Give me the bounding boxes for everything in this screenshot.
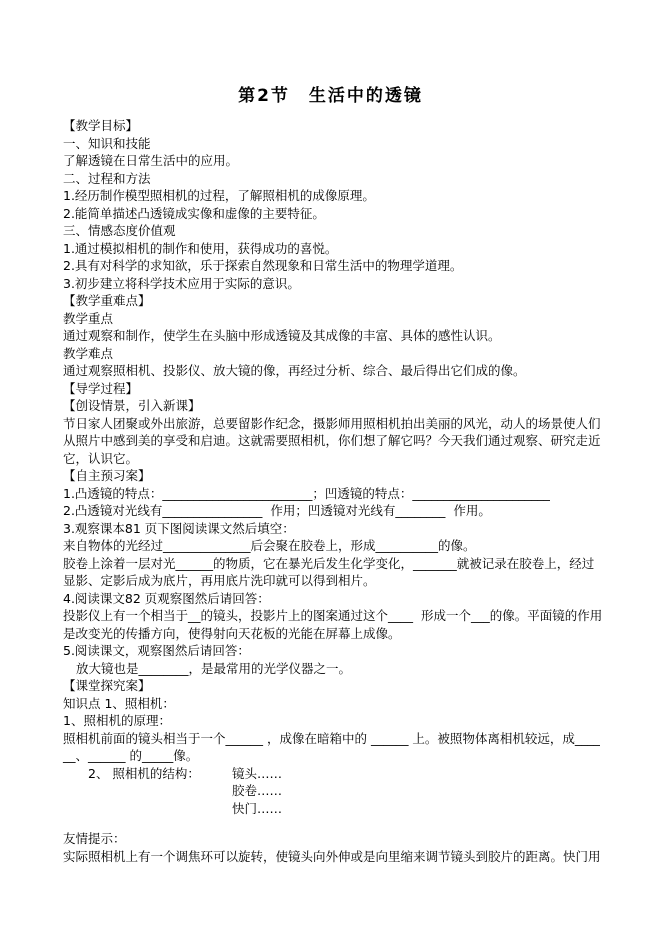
intro-paragraph: 节日家人团聚或外出旅游，总要留影作纪念，摄影师用照相机拍出美丽的风光，动人的场景… bbox=[63, 415, 603, 468]
friendly-tip-heading: 友情提示： bbox=[63, 830, 603, 848]
fill-blank-question-1: 1.凸透镜的特点：________________________；凹透镜的特点… bbox=[63, 485, 603, 503]
worksheet-page: 第2节 生活中的透镜 【教学目标】 一、知识和技能 了解透镜在日常生活中的应用。… bbox=[0, 0, 661, 935]
section-header-class-inquiry: 【课堂探究案】 bbox=[63, 677, 603, 695]
camera-structure-label: 2、 照相机的结构： bbox=[88, 765, 232, 783]
knowledge-point-1-camera: 知识点 1、照相机： bbox=[63, 695, 603, 713]
body-line: 1.通过模拟相机的制作和使用，获得成功的喜悦。 bbox=[63, 240, 603, 258]
camera-principle-heading: 1、照相机的原理： bbox=[63, 712, 603, 730]
fill-blank-question-4: 投影仪上有一个相当于__的镜头，投影片上的图案通过这个____ 形成一个___的… bbox=[63, 607, 603, 642]
section-header-teaching-objectives: 【教学目标】 bbox=[63, 117, 603, 135]
subsection-teaching-difficulty: 教学难点 bbox=[63, 345, 603, 363]
camera-structure-block: 2、 照相机的结构： 镜头…… 胶卷…… 快门…… bbox=[63, 765, 603, 818]
camera-structure-item-shutter: 快门…… bbox=[232, 800, 282, 818]
subsection-process-methods: 二、过程和方法 bbox=[63, 170, 603, 188]
body-line: 2.能简单描述凸透镜成实像和虚像的主要特征。 bbox=[63, 205, 603, 223]
camera-structure-item-film: 胶卷…… bbox=[232, 782, 282, 800]
subsection-emotion-values: 三、情感态度价值观 bbox=[63, 222, 603, 240]
body-line: 通过观察和制作，使学生在头脑中形成透镜及其成像的丰富、具体的感性认识。 bbox=[63, 327, 603, 345]
question-4-prompt: 4.阅读课文82 页观察图然后请回答： bbox=[63, 590, 603, 608]
fill-blank-camera-principle: 照相机前面的镜头相当于一个______ ，成像在暗箱中的 ______ 上。被照… bbox=[63, 730, 603, 765]
subsection-teaching-focus: 教学重点 bbox=[63, 310, 603, 328]
page-title: 第2节 生活中的透镜 bbox=[0, 0, 661, 106]
subsection-knowledge-skills: 一、知识和技能 bbox=[63, 135, 603, 153]
camera-structure-item-lens: 镜头…… bbox=[232, 765, 282, 783]
question-5-prompt: 5.阅读课文，观察图然后请回答： bbox=[63, 642, 603, 660]
fill-blank-question-3a: 来自物体的光经过______________后会聚在胶卷上，形成________… bbox=[63, 537, 603, 555]
body-line: 1.经历制作模型照相机的过程，了解照相机的成像原理。 bbox=[63, 187, 603, 205]
friendly-tip-text: 实际照相机上有一个调焦环可以旋转，使镜头向外伸或是向里缩来调节镜头到胶片的距离。… bbox=[63, 848, 603, 866]
fill-blank-question-2: 2.凸透镜对光线有________________ 作用；凹透镜对光线有____… bbox=[63, 502, 603, 520]
section-header-key-points: 【教学重难点】 bbox=[63, 292, 603, 310]
body-line: 2.具有对科学的求知欲，乐于探索自然现象和日常生活中的物理学道理。 bbox=[63, 257, 603, 275]
document-body: 【教学目标】 一、知识和技能 了解透镜在日常生活中的应用。 二、过程和方法 1.… bbox=[63, 117, 603, 865]
section-header-guided-process: 【导学过程】 bbox=[63, 380, 603, 398]
fill-blank-question-5: 放大镜也是________，是最常用的光学仪器之一。 bbox=[63, 660, 603, 678]
fill-blank-question-3b: 胶卷上涂着一层对光______的物质，它在暴光后发生化学变化，_______就被… bbox=[63, 555, 603, 590]
section-header-scenario-intro: 【创设情景，引入新课】 bbox=[63, 397, 603, 415]
camera-structure-items: 镜头…… 胶卷…… 快门…… bbox=[232, 765, 282, 818]
body-line: 了解透镜在日常生活中的应用。 bbox=[63, 152, 603, 170]
section-header-self-study: 【自主预习案】 bbox=[63, 467, 603, 485]
question-3-prompt: 3.观察课本81 页下图阅读课文然后填空： bbox=[63, 520, 603, 538]
body-line: 通过观察照相机、投影仪、放大镜的像，再经过分析、综合、最后得出它们成的像。 bbox=[63, 362, 603, 380]
body-line: 3.初步建立将科学技术应用于实际的意识。 bbox=[63, 275, 603, 293]
